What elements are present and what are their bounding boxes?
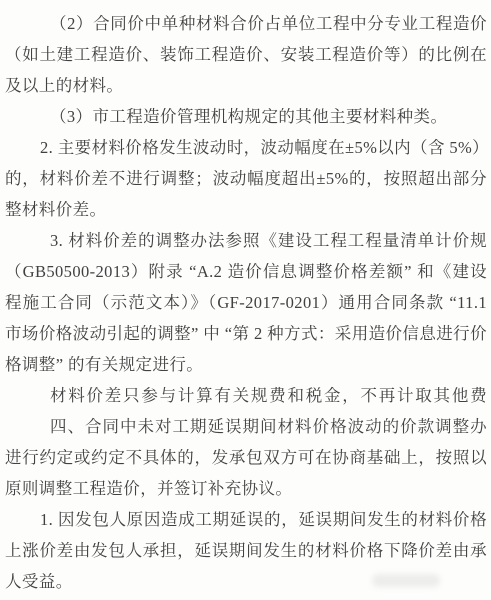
text-line: 的，材料价差不进行调整；波动幅度超出±5%的，按照超出部分调 (5, 163, 487, 194)
text-line: （如土建工程造价、装饰工程造价、安装工程造价等）的比例在 1% (5, 39, 487, 70)
text-line: 2. 主要材料价格发生波动时，波动幅度在±5%以内（含 5%） (5, 132, 487, 163)
text-line: 材料价差只参与计算有关规费和税金，不再计取其他费用。 (5, 380, 487, 411)
text-line: 整材料价差。 (5, 194, 487, 225)
text-line: 进行约定或约定不具体的，发承包双方可在协商基础上，按照以下 (5, 442, 487, 473)
text-line: 四、合同中未对工期延误期间材料价格波动的价款调整办法 (5, 411, 487, 442)
text-line: 格调整” 的有关规定进行。 (5, 349, 487, 380)
faded-watermark (372, 574, 440, 587)
text-line: 1. 因发包人原因造成工期延误的，延误期间发生的材料价格 (5, 504, 487, 535)
text-line: （2）合同价中单种材料合价占单位工程中分专业工程造价 (5, 8, 487, 39)
text-line: （3）市工程造价管理机构规定的其他主要材料种类。 (5, 101, 487, 132)
text-line: 市场价格波动引起的调整” 中 “第 2 种方式：采用造价信息进行价 (5, 318, 487, 349)
text-line: 程施工合同（示范文本）》（GF-2017-0201）通用合同条款 “11.1 (5, 287, 487, 318)
text-line: 及以上的材料。 (5, 70, 487, 101)
document-page: （2）合同价中单种材料合价占单位工程中分专业工程造价 （如土建工程造价、装饰工程… (5, 8, 487, 597)
text-line: 上涨价差由发包人承担，延误期间发生的材料价格下降价差由承包 (5, 535, 487, 566)
text-line: 3. 材料价差的调整办法参照《建设工程工程量清单计价规范》 (5, 225, 487, 256)
text-line: 原则调整工程造价，并签订补充协议。 (5, 473, 487, 504)
text-line: （GB50500-2013）附录 “A.2 造价信息调整价格差额” 和《建设工 (5, 256, 487, 287)
